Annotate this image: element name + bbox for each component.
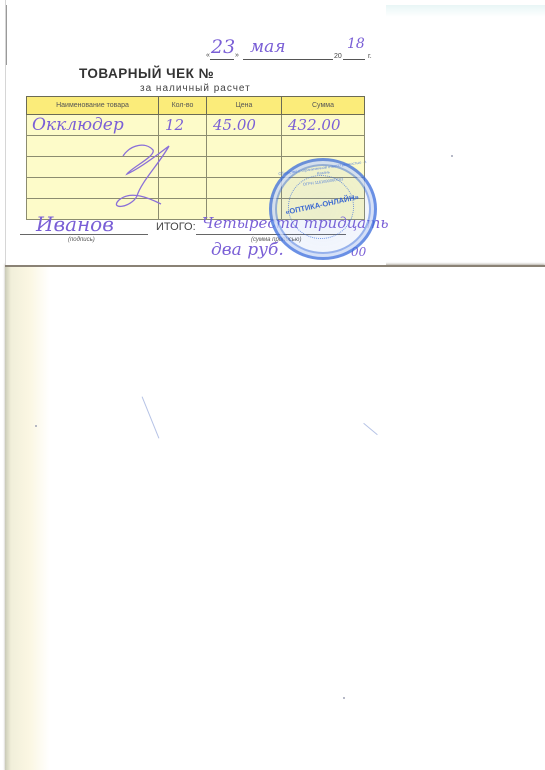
item-sum-cell: 432.00 xyxy=(282,115,365,136)
item-sum: 432.00 xyxy=(282,116,341,134)
table-row: Окклюдер1245.00432.00 xyxy=(27,115,365,136)
signature-label: (подпись) xyxy=(68,237,95,243)
item-name xyxy=(27,136,32,156)
item-qty-cell: 12 xyxy=(159,115,207,136)
signature-handwritten: Иванов xyxy=(36,212,114,236)
strikeout-mark xyxy=(101,138,181,213)
item-name xyxy=(27,157,32,177)
item-price xyxy=(207,137,213,155)
date-day-line xyxy=(210,59,234,60)
item-name-cell: Окклюдер xyxy=(27,115,159,136)
item-price-cell: 45.00 xyxy=(207,115,282,136)
table-header-row: Наименование товара Кол-во Цена Сумма xyxy=(27,97,365,115)
item-name xyxy=(27,178,32,198)
sales-receipt: « 23 » мая 20 18 г. ТОВАРНЫЙ ЧЕК № за на… xyxy=(5,0,386,265)
item-price-cell xyxy=(207,136,282,157)
col-header-name: Наименование товара xyxy=(27,97,159,115)
col-header-price: Цена xyxy=(207,97,282,115)
receipt-title: ТОВАРНЫЙ ЧЕК № xyxy=(79,66,214,81)
date-day: 23 xyxy=(211,36,235,58)
date-year-prefix: 20 xyxy=(334,53,342,60)
item-price-cell xyxy=(207,157,282,178)
date-year-line xyxy=(343,59,365,60)
col-header-qty: Кол-во xyxy=(159,97,207,115)
date-month: мая xyxy=(250,37,286,57)
receipt-subtitle: за наличный расчет xyxy=(140,83,251,94)
item-price xyxy=(207,179,213,197)
receipt-date: « 23 » мая 20 18 г. xyxy=(206,34,386,64)
receipt-edge xyxy=(6,5,7,65)
item-name xyxy=(27,199,32,219)
date-year-unit: г. xyxy=(368,53,372,60)
company-stamp: Общество с ограниченной ответственностью… xyxy=(269,158,377,260)
item-qty: 12 xyxy=(159,116,184,134)
item-name: Окклюдер xyxy=(27,115,124,135)
scan-speck xyxy=(343,697,345,699)
table-row xyxy=(27,136,365,157)
item-price xyxy=(207,158,213,176)
item-price: 45.00 xyxy=(207,116,256,134)
col-header-sum: Сумма xyxy=(282,97,365,115)
item-sum-cell xyxy=(282,136,365,157)
item-sum xyxy=(282,137,288,155)
date-quote-open: « xyxy=(206,52,210,59)
scanned-page-background xyxy=(5,265,545,770)
date-month-line xyxy=(243,59,333,60)
total-handwritten-line2: два руб. xyxy=(211,240,284,260)
total-label: ИТОГО: xyxy=(156,221,196,233)
scan-edge-shade xyxy=(382,5,545,17)
date-year-suffix: 18 xyxy=(347,36,365,52)
scan-speck xyxy=(451,155,453,157)
scan-speck xyxy=(35,425,37,427)
date-quote-close: » xyxy=(235,52,239,59)
